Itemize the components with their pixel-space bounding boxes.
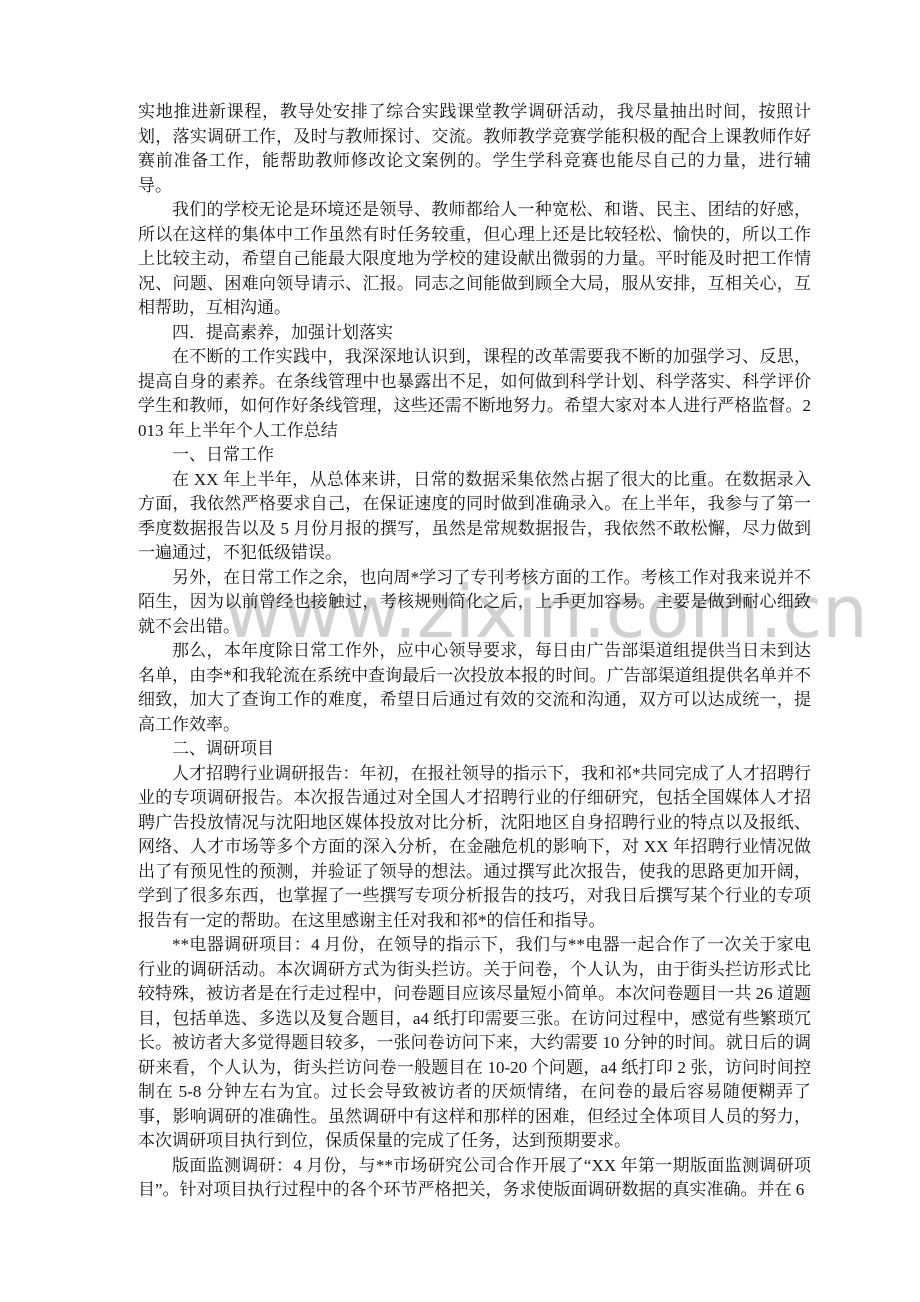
paragraph: 版面监测调研：4 月份，与**市场研究公司合作开展了“XX 年第一期版面监测调研… [138, 1154, 811, 1203]
paragraph: 在 XX 年上半年，从总体来讲，日常的数据采集依然占据了很大的比重。在数据录入方… [138, 468, 811, 566]
paragraph: 在不断的工作实践中，我深深地认识到，课程的改革需要我不断的加强学习、反思，提高自… [138, 345, 811, 443]
document-body: 实地推进新课程，教导处安排了综合实践课堂教学调研活动，我尽量抽出时间，按照计划，… [138, 100, 811, 1203]
section-heading-1: 一、日常工作 [138, 443, 811, 468]
section-heading-2: 二、调研项目 [138, 737, 811, 762]
paragraph: 那么，本年度除日常工作外，应中心领导要求，每日由广告部渠道组提供当日未到达名单，… [138, 639, 811, 737]
document-page: www.zixin.com.cn 实地推进新课程，教导处安排了综合实践课堂教学调… [0, 0, 920, 1302]
section-heading-4: 四．提高素养，加强计划落实 [138, 321, 811, 346]
paragraph-continuation: 实地推进新课程，教导处安排了综合实践课堂教学调研活动，我尽量抽出时间，按照计划，… [138, 100, 811, 198]
paragraph: 我们的学校无论是环境还是领导、教师都给人一种宽松、和谐、民主、团结的好感，所以在… [138, 198, 811, 321]
paragraph: 人才招聘行业调研报告：年初，在报社领导的指示下，我和祁*共同完成了人才招聘行业的… [138, 762, 811, 934]
paragraph: **电器调研项目：4 月份，在领导的指示下，我们与**电器一起合作了一次关于家电… [138, 933, 811, 1154]
paragraph: 另外，在日常工作之余，也向周*学习了专刊考核方面的工作。考核工作对我来说并不陌生… [138, 566, 811, 640]
